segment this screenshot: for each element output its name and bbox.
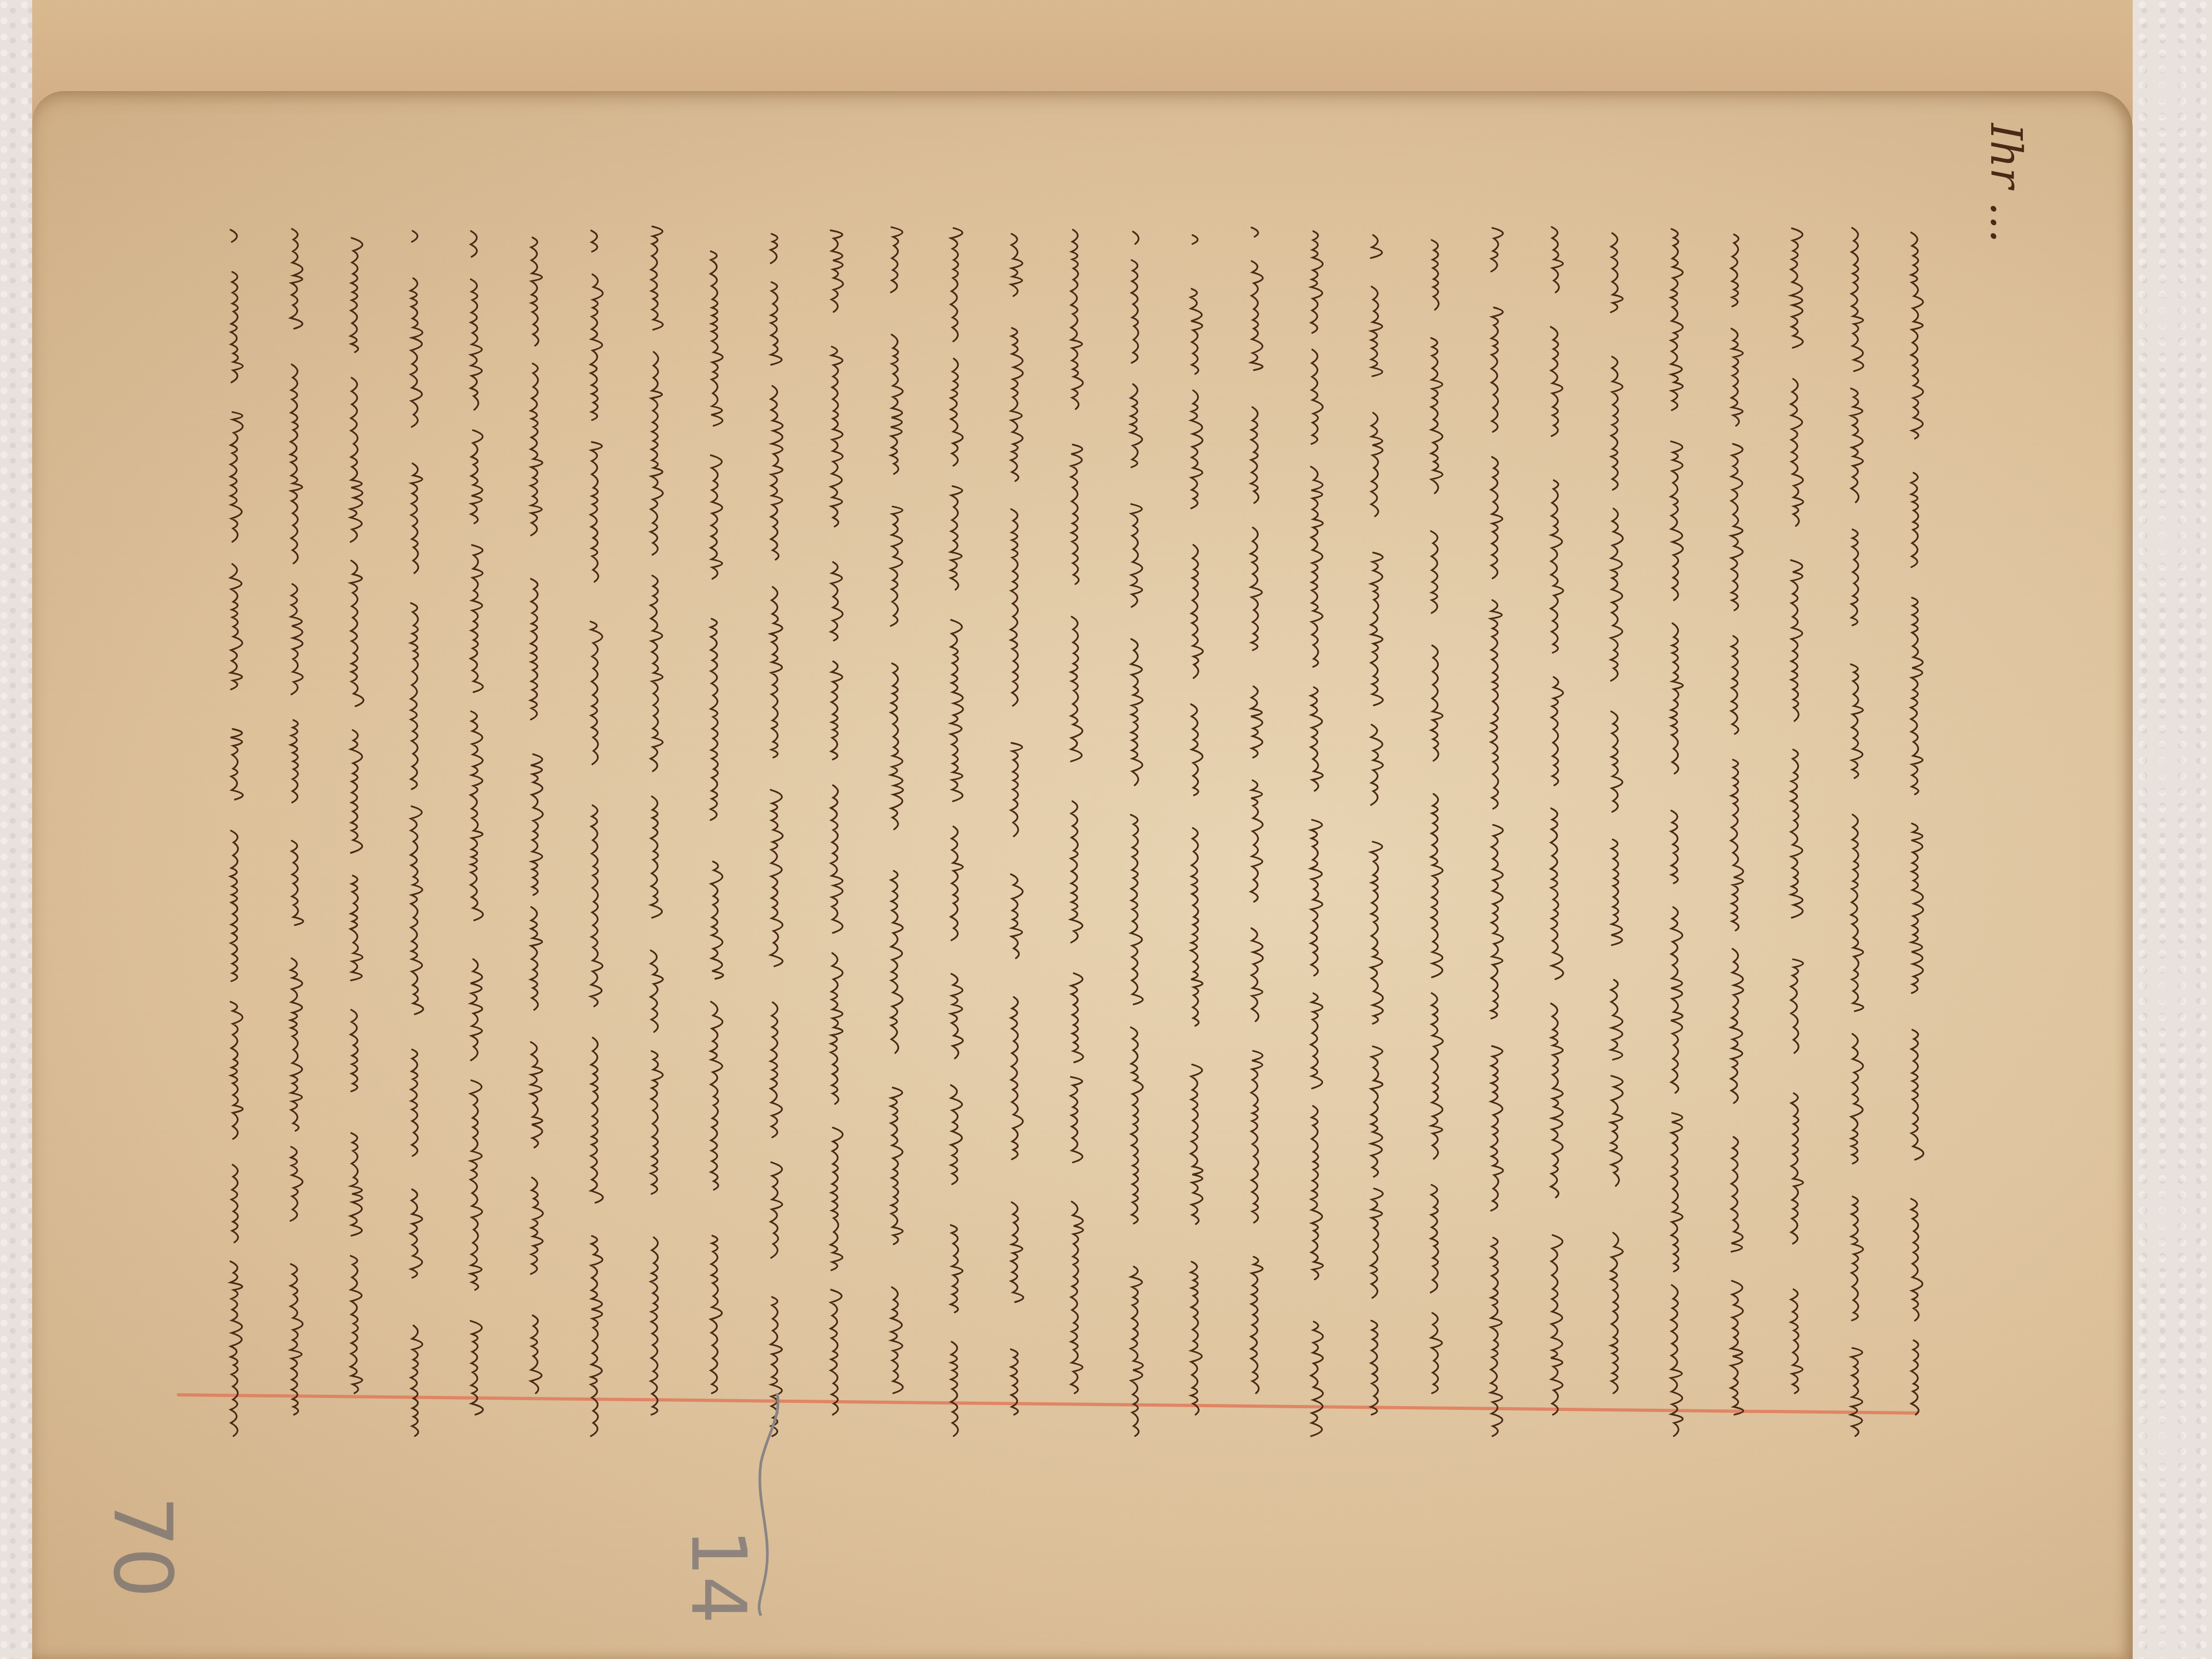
manuscript-line: ... ... ... ... xyxy=(1895,204,1934,1447)
page-number: 70 xyxy=(95,1496,189,1598)
cursive-ink-strokes xyxy=(1235,204,1274,1447)
manuscript-line: ... ... ... ... xyxy=(454,204,494,1447)
manuscript-line: ... ... ... ... xyxy=(1175,204,1214,1447)
cursive-ink-strokes xyxy=(1895,204,1934,1447)
cursive-ink-strokes xyxy=(1775,204,1814,1447)
cursive-ink-strokes xyxy=(935,204,974,1447)
cursive-ink-strokes xyxy=(574,204,614,1447)
manuscript-line: ... ... ... ... xyxy=(1535,204,1574,1447)
manuscript-line: ... ... ... ... ... xyxy=(514,204,554,1447)
cursive-ink-strokes xyxy=(814,204,854,1447)
manuscript-line: ... ... ... ... xyxy=(694,204,734,1447)
cursive-ink-strokes xyxy=(1055,204,1094,1447)
manuscript-line: ... ... ... ... xyxy=(995,204,1034,1447)
cursive-ink-strokes xyxy=(214,204,254,1447)
manuscript-line: ... ... ... ... xyxy=(754,204,794,1447)
manuscript-line: ... ... ... ... xyxy=(935,204,974,1447)
cursive-ink-strokes xyxy=(514,204,554,1447)
manuscript-line: ... ... ... ... xyxy=(1475,204,1514,1447)
cursive-ink-strokes xyxy=(634,204,674,1447)
cursive-ink-strokes xyxy=(1475,204,1514,1447)
cursive-ink-strokes xyxy=(875,204,914,1447)
pencil-annotation: 14 xyxy=(674,1528,761,1624)
cursive-ink-strokes xyxy=(1655,204,1694,1447)
cursive-ink-strokes xyxy=(1175,204,1214,1447)
manuscript-line: ... ... ... ... xyxy=(1835,204,1874,1447)
cursive-ink-strokes xyxy=(454,204,494,1447)
manuscript-line: ... ... ... ... ... xyxy=(814,204,854,1447)
manuscript-line: ... ... ... ... xyxy=(1115,204,1154,1447)
manuscript-page: von ... Magdeburg ... ...!und ... ... ..… xyxy=(32,91,2133,1659)
cursive-ink-strokes xyxy=(754,204,794,1447)
handwritten-text-block: von ... Magdeburg ... ...!und ... ... ..… xyxy=(193,204,2042,1447)
manuscript-line: ... ... ... ... xyxy=(634,204,674,1447)
cursive-ink-strokes xyxy=(1415,204,1454,1447)
manuscript-line: ... ... ... ... xyxy=(1655,204,1694,1447)
cursive-ink-strokes xyxy=(1355,204,1394,1447)
manuscript-line: ... ... ... ... xyxy=(1775,204,1814,1447)
manuscript-line: ... ... ... ... xyxy=(1715,204,1754,1447)
cursive-ink-strokes xyxy=(995,204,1034,1447)
cursive-ink-strokes xyxy=(274,204,314,1447)
manuscript-line: ... ... Bossdorf ... ... xyxy=(1235,204,1274,1447)
cursive-ink-strokes xyxy=(334,204,374,1447)
cursive-ink-strokes xyxy=(1115,204,1154,1447)
manuscript-line: ... ... ... ... xyxy=(334,204,374,1447)
cursive-ink-strokes xyxy=(1535,204,1574,1447)
manuscript-line: ... ... ... ... xyxy=(875,204,914,1447)
closing-signature: Ihr ... xyxy=(1981,123,2031,243)
manuscript-line: ... ... ... ... xyxy=(1415,204,1454,1447)
manuscript-line: von ... Magdeburg ... ...! xyxy=(214,204,254,1447)
cursive-ink-strokes xyxy=(1595,204,1634,1447)
manuscript-line: ... ... ... ... xyxy=(574,204,614,1447)
cursive-ink-strokes xyxy=(1295,204,1334,1447)
cursive-ink-strokes xyxy=(694,204,734,1447)
manuscript-line: ... ... ... ... xyxy=(1355,204,1394,1447)
manuscript-line: ... ... ... ... xyxy=(1295,204,1334,1447)
cursive-ink-strokes xyxy=(394,204,434,1447)
manuscript-line: und ... ... ... ..., xyxy=(274,204,314,1447)
cursive-ink-strokes xyxy=(1715,204,1754,1447)
manuscript-line: ... ... ... ... xyxy=(1595,204,1634,1447)
manuscript-line: ... ... ... ... xyxy=(1055,204,1094,1447)
manuscript-line: ... ... ... ... xyxy=(394,204,434,1447)
cursive-ink-strokes xyxy=(1835,204,1874,1447)
